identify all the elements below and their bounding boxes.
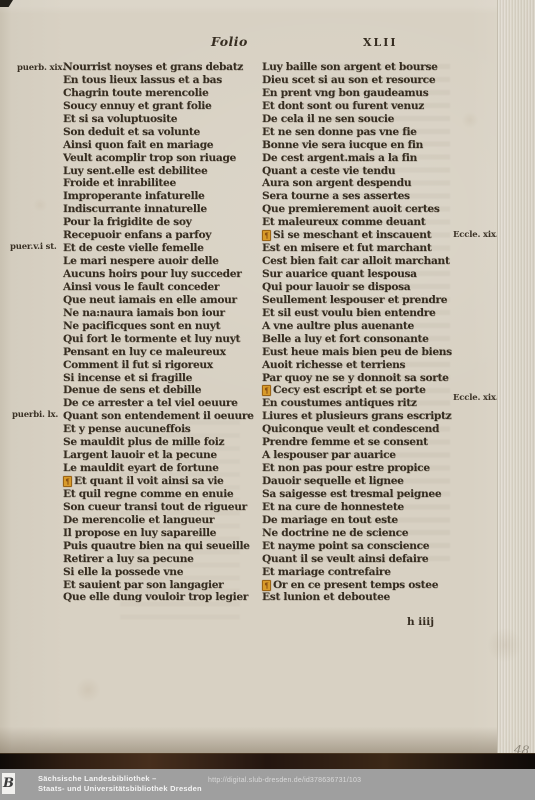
library-name-line1: Sächsische Landesbibliothek – — [38, 774, 202, 784]
digitized-book-page: Folio XLII Nourrist noyses et grans deba… — [0, 0, 535, 800]
foxing-spots — [0, 0, 535, 753]
scanned-page: Folio XLII Nourrist noyses et grans deba… — [0, 0, 535, 753]
slub-logo-icon: B — [2, 773, 15, 794]
book-edge-band — [0, 753, 535, 770]
library-name-line2: Staats- und Universitätsbibliothek Dresd… — [38, 784, 202, 794]
library-footer-bar: B Sächsische Landesbibliothek – Staats- … — [0, 769, 535, 800]
library-name: Sächsische Landesbibliothek – Staats- un… — [38, 774, 202, 793]
digital-object-url: http://digital.slub-dresden.de/id3786367… — [208, 777, 361, 784]
